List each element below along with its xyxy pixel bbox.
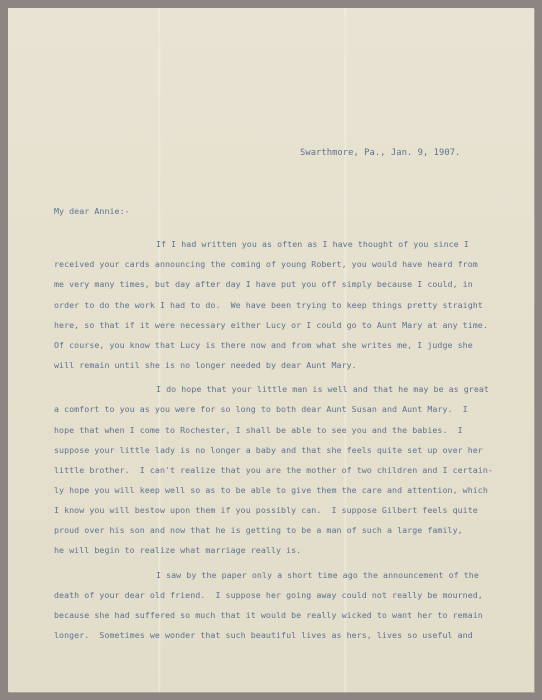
- text-line: If I had written you as often as I have …: [156, 240, 469, 248]
- text-line: I saw by the paper only a short time ago…: [156, 571, 479, 579]
- text-line: I do hope that your little man is well a…: [156, 385, 489, 393]
- text-line: here, so that if it were necessary eithe…: [54, 321, 488, 329]
- text-line: because she had suffered so much that it…: [54, 611, 483, 619]
- text-line: a comfort to you as you were for so long…: [54, 405, 468, 413]
- text-line: longer. Sometimes we wonder that such be…: [54, 631, 473, 639]
- text-line: me very many times, but day after day I …: [54, 280, 473, 288]
- text-line: suppose your little lady is no longer a …: [54, 446, 483, 454]
- text-line: hope that when I come to Rochester, I sh…: [54, 426, 463, 434]
- text-line: little brother. I can't realize that you…: [54, 466, 493, 474]
- salutation: My dear Annie:-: [54, 207, 130, 215]
- text-line: proud over his son and now that he is ge…: [54, 526, 463, 534]
- text-line: order to do the work I had to do. We hav…: [54, 301, 483, 309]
- dateline: Swarthmore, Pa., Jan. 9, 1907.: [300, 149, 460, 158]
- text-line: ly hope you will keep well so as to be a…: [54, 486, 488, 494]
- text-line: Of course, you know that Lucy is there n…: [54, 341, 473, 349]
- text-line: I know you will bestow upon them if you …: [54, 506, 478, 514]
- letter-page: Swarthmore, Pa., Jan. 9, 1907. My dear A…: [8, 8, 534, 692]
- text-line: he will begin to realize what marriage r…: [54, 546, 301, 554]
- text-line: will remain until she is no longer neede…: [54, 361, 357, 369]
- text-line: received your cards announcing the comin…: [54, 260, 478, 268]
- text-line: death of your dear old friend. I suppose…: [54, 591, 483, 599]
